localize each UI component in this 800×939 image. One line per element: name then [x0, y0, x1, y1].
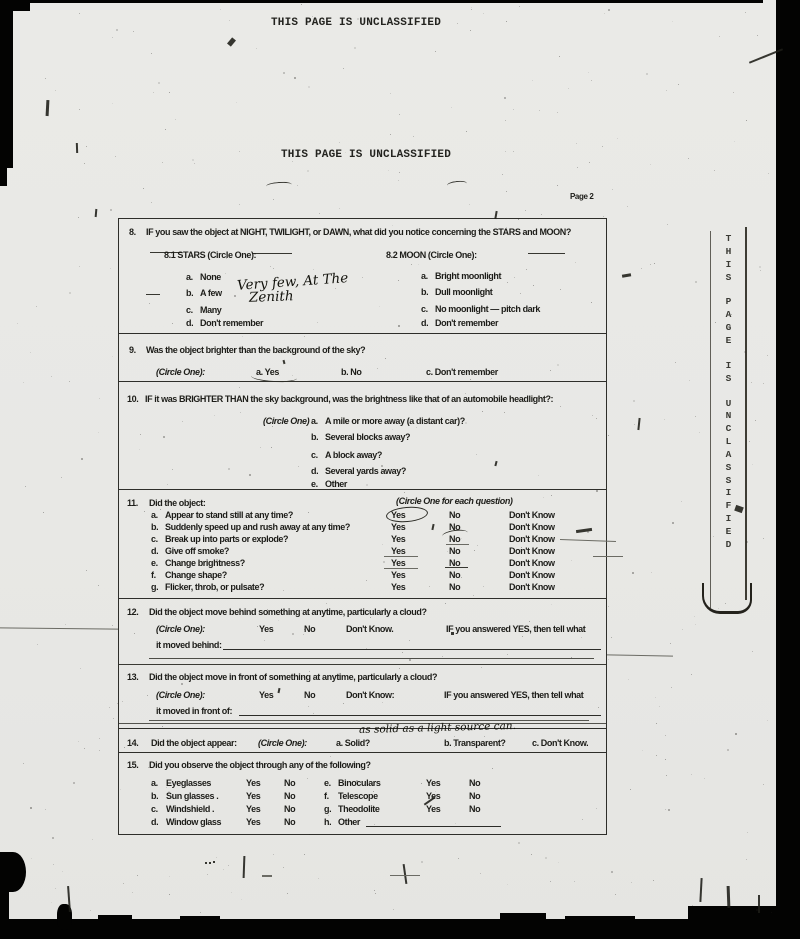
paper-speck: [398, 280, 399, 281]
paper-speck: [682, 629, 683, 630]
paper-speck: [388, 170, 389, 171]
paper-speck: [110, 209, 112, 211]
section-divider: [119, 489, 606, 490]
option-letter: e.: [311, 479, 318, 489]
paper-speck: [167, 484, 168, 485]
row-question-text: Change brightness?: [165, 558, 245, 568]
scan-artifact: [384, 568, 418, 569]
paper-speck: [470, 30, 471, 31]
paper-speck: [759, 266, 761, 268]
paper-speck: [611, 637, 612, 638]
scan-artifact: [758, 895, 760, 913]
question-number: 15.: [127, 760, 138, 770]
paper-speck: [228, 468, 230, 470]
paper-speck: [727, 749, 729, 751]
vertical-letter: L: [721, 436, 736, 447]
paper-speck: [695, 624, 696, 625]
paper-speck: [541, 214, 542, 215]
row-question-text: Appear to stand still at any time?: [165, 510, 293, 520]
paper-speck: [239, 204, 240, 205]
question-number: 13.: [127, 672, 138, 682]
row-question-text: Flicker, throb, or pulsate?: [165, 582, 264, 592]
paper-speck: [665, 759, 666, 760]
paper-speck: [116, 29, 118, 31]
paper-speck: [165, 129, 166, 130]
paper-speck: [151, 53, 152, 54]
paper-speck: [476, 454, 477, 455]
paper-speck: [409, 640, 410, 641]
paper-speck: [471, 7, 472, 8]
paper-speck: [746, 859, 747, 860]
paper-speck: [192, 159, 194, 161]
paper-speck: [751, 382, 752, 383]
scan-artifact: [0, 627, 118, 629]
paper-speck: [558, 862, 559, 863]
paper-speck: [168, 791, 170, 793]
question-number: 10.: [127, 394, 138, 404]
paper-speck: [713, 536, 714, 537]
row-letter: c.: [151, 804, 158, 814]
paper-speck: [339, 142, 340, 143]
section-divider: [119, 752, 606, 753]
scan-artifact: [146, 294, 160, 295]
paper-speck: [25, 486, 26, 487]
scan-artifact: [447, 180, 468, 189]
paper-speck: [592, 415, 593, 416]
paper-speck: [153, 92, 154, 93]
paper-speck: [731, 314, 732, 315]
paper-speck: [602, 146, 603, 147]
paper-speck: [531, 854, 532, 855]
paper-speck: [174, 500, 175, 501]
paper-speck: [113, 718, 114, 719]
paper-speck: [273, 854, 274, 855]
row-item-text: Sun glasses .: [166, 791, 218, 801]
row-letter: f.: [151, 570, 156, 580]
paper-speck: [239, 151, 240, 152]
option-text: Dull moonlight: [435, 287, 492, 297]
paper-speck: [642, 750, 643, 751]
other-blank-line: [366, 817, 501, 827]
row-letter: e.: [324, 778, 331, 788]
row-item-text: Other: [338, 817, 360, 827]
paper-speck: [390, 93, 391, 94]
paper-speck: [398, 325, 400, 327]
vertical-letter: H: [721, 246, 736, 257]
scan-edge-left2: [0, 160, 7, 186]
section-divider: [119, 598, 606, 599]
vertical-letter: N: [721, 410, 736, 421]
scan-artifact: [727, 886, 730, 908]
paper-speck: [307, 170, 309, 172]
paper-speck: [568, 88, 569, 89]
option-letter: b.: [421, 287, 428, 297]
answer-no: No: [284, 791, 295, 801]
vertical-letter: S: [721, 462, 736, 473]
option-dont-know: c. Don't Know.: [532, 738, 588, 748]
paper-speck: [513, 151, 514, 152]
option-dont-know: Don't Know:: [346, 690, 394, 700]
answer-line-label: it moved in front of:: [156, 706, 232, 716]
paper-speck: [78, 217, 79, 218]
paper-speck: [457, 23, 458, 24]
paper-speck: [110, 268, 111, 269]
paper-speck: [538, 475, 539, 476]
paper-speck: [715, 322, 716, 323]
paper-speck: [86, 146, 87, 147]
paper-speck: [502, 174, 503, 175]
question-number: 14.: [127, 738, 138, 748]
paper-speck: [651, 572, 652, 573]
option-text: Several blocks away?: [325, 432, 410, 442]
answer-dont-know: Don't Know: [509, 570, 555, 580]
paper-speck: [270, 266, 271, 267]
question-text: Was the object brighter than the backgro…: [146, 345, 365, 355]
classification-header-top: THIS PAGE IS UNCLASSIFIED: [271, 17, 441, 29]
paper-speck: [169, 894, 170, 895]
paper-speck: [287, 893, 288, 894]
paper-speck: [735, 733, 737, 735]
paper-speck: [231, 892, 232, 893]
scan-artifact: [593, 556, 623, 557]
option-text: A block away?: [325, 450, 382, 460]
paper-speck: [481, 667, 482, 668]
option-no: No: [304, 624, 315, 634]
paper-speck: [220, 9, 221, 10]
paper-speck: [200, 912, 201, 913]
paper-speck: [718, 608, 719, 609]
paper-speck: [313, 713, 314, 714]
paper-speck: [591, 80, 592, 81]
paper-speck: [681, 501, 682, 502]
paper-speck: [169, 876, 170, 877]
paper-speck: [666, 90, 667, 91]
paper-speck: [608, 435, 609, 436]
paper-speck: [158, 82, 160, 84]
question-text: Did the object move behind something at …: [149, 607, 427, 617]
paper-speck: [469, 204, 470, 205]
row-letter: b.: [151, 791, 158, 801]
option-text: A few: [200, 288, 222, 298]
option-letter: b.: [311, 432, 318, 442]
paper-speck: [112, 103, 113, 104]
answer-no: No: [469, 791, 480, 801]
option-yes: Yes: [259, 690, 273, 700]
scan-edge-bump: [500, 913, 546, 921]
vertical-letter: A: [721, 449, 736, 460]
answer-dont-know: Don't Know: [509, 582, 555, 592]
row-letter: e.: [151, 558, 158, 568]
paper-speck: [207, 874, 208, 875]
paper-speck: [695, 416, 696, 417]
scan-artifact: [243, 856, 245, 878]
paper-speck: [308, 86, 310, 88]
answer-dont-know: Don't Know: [509, 558, 555, 568]
question-number: 12.: [127, 607, 138, 617]
answer-blank-line: [239, 706, 601, 716]
paper-speck: [294, 77, 296, 79]
moon-label: 8.2 MOON (Circle One):: [386, 250, 477, 260]
answer-dont-know: Don't Know: [509, 546, 555, 556]
paper-speck: [458, 858, 459, 859]
paper-speck: [559, 56, 560, 57]
vertical-letter: I: [721, 259, 736, 270]
answer-yes: Yes: [391, 582, 405, 592]
paper-speck: [654, 263, 655, 264]
paper-speck: [283, 590, 284, 591]
paper-speck: [691, 674, 692, 675]
paper-speck: [413, 136, 414, 137]
scan-edge-left: [0, 0, 13, 168]
paper-speck: [399, 172, 400, 173]
paper-speck: [51, 376, 52, 377]
paper-speck: [236, 102, 237, 103]
option-text: Many: [200, 305, 221, 315]
paper-speck: [374, 824, 375, 825]
paper-speck: [319, 213, 320, 214]
scan-artifact: [607, 654, 673, 656]
paper-speck: [112, 356, 113, 357]
paper-speck: [655, 697, 656, 698]
vertical-letter: S: [721, 475, 736, 486]
scan-artifact: [390, 875, 420, 876]
paper-speck: [745, 12, 746, 13]
paper-speck: [604, 13, 605, 14]
row-letter: d.: [151, 817, 158, 827]
option-letter: d.: [186, 318, 193, 328]
paper-speck: [671, 687, 672, 688]
paper-speck: [137, 875, 138, 876]
paper-speck: [752, 464, 753, 465]
vertical-letter: P: [721, 296, 736, 307]
vertical-letter: I: [721, 360, 736, 371]
paper-speck: [175, 119, 176, 120]
paper-speck: [480, 873, 481, 874]
paper-speck: [505, 151, 506, 152]
paper-speck: [518, 842, 520, 844]
answer-yes: Yes: [246, 804, 260, 814]
scan-edge-bump: [98, 915, 132, 921]
question-text: Did the object move in front of somethin…: [149, 672, 437, 682]
paper-speck: [99, 398, 100, 399]
paper-speck: [284, 785, 285, 786]
option-letter: b.: [186, 288, 193, 298]
paper-speck: [81, 458, 83, 460]
question-text: Did you observe the object through any o…: [149, 760, 371, 770]
row-question-text: Suddenly speed up and rush away at any t…: [165, 522, 350, 532]
paper-speck: [664, 419, 665, 420]
paper-speck: [695, 281, 697, 283]
option-letter: d.: [421, 318, 428, 328]
paper-speck: [163, 436, 165, 438]
row-letter: a.: [151, 510, 158, 520]
paper-speck: [466, 131, 467, 132]
paper-speck: [634, 424, 635, 425]
paper-speck: [752, 651, 753, 652]
paper-speck: [689, 380, 690, 381]
paper-speck: [147, 695, 148, 696]
answer-no: No: [449, 510, 460, 520]
paper-speck: [169, 502, 170, 503]
paper-speck: [455, 823, 456, 824]
answer-blank-line: [149, 720, 589, 721]
scan-artifact: [266, 181, 292, 190]
paper-speck: [99, 738, 100, 739]
paper-speck: [691, 774, 692, 775]
paper-speck: [404, 492, 405, 493]
paper-speck: [633, 400, 635, 402]
paper-speck: [525, 210, 526, 211]
paper-speck: [699, 432, 700, 433]
paper-speck: [169, 92, 170, 93]
paper-speck: [303, 634, 304, 635]
answer-dont-know: Don't Know: [509, 510, 555, 520]
paper-speck: [506, 21, 507, 22]
section-divider: [119, 664, 606, 665]
paper-speck: [84, 748, 85, 749]
paper-speck: [757, 35, 758, 36]
paper-speck: [79, 109, 80, 110]
paper-speck: [532, 80, 533, 81]
paper-speck: [109, 707, 110, 708]
paper-speck: [539, 110, 540, 111]
paper-speck: [746, 541, 748, 543]
scan-artifact: [403, 864, 408, 884]
paper-speck: [241, 899, 242, 900]
vertical-letter: I: [721, 487, 736, 498]
paper-speck: [767, 355, 768, 356]
option-letter: a.: [311, 416, 318, 426]
answer-yes: Yes: [391, 534, 405, 544]
paper-speck: [383, 561, 385, 563]
paper-speck: [30, 807, 32, 809]
scan-artifact: [95, 209, 98, 217]
paper-speck: [507, 884, 508, 885]
paper-speck: [608, 606, 609, 607]
vertical-letter: U: [721, 398, 736, 409]
answer-blank-line: [223, 640, 601, 650]
paper-speck: [283, 72, 285, 74]
scan-artifact: [445, 567, 468, 568]
option-letter: c.: [186, 305, 193, 315]
paper-speck: [665, 735, 666, 736]
if-yes-instruction: IF you answered YES, then tell what: [446, 624, 585, 634]
paper-speck: [398, 180, 399, 181]
paper-speck: [670, 643, 671, 644]
option-dont-know: Don't Know.: [346, 624, 393, 634]
paper-speck: [304, 854, 305, 855]
paper-speck: [574, 881, 575, 882]
paper-speck: [166, 787, 167, 788]
answer-no: No: [284, 804, 295, 814]
paper-speck: [589, 162, 590, 163]
paper-speck: [177, 781, 178, 782]
vertical-letter: G: [721, 322, 736, 333]
vertical-letter: C: [721, 423, 736, 434]
paper-speck: [151, 202, 152, 203]
paper-speck: [99, 750, 100, 751]
scan-artifact: [384, 556, 418, 557]
paper-speck: [51, 902, 52, 903]
paper-speck: [69, 381, 70, 382]
question-text: IF it was BRIGHTER THAN the sky backgrou…: [145, 394, 553, 404]
paper-speck: [656, 755, 657, 756]
scan-artifact: [76, 143, 78, 153]
paper-speck: [714, 170, 715, 171]
paper-speck: [115, 156, 116, 157]
paper-speck: [55, 90, 56, 91]
paper-speck: [557, 364, 559, 366]
question-number: 9.: [129, 345, 136, 355]
paper-speck: [23, 763, 24, 764]
answer-no: No: [449, 582, 460, 592]
scan-edge-right: [776, 0, 800, 939]
circle-one-label: (Circle One):: [258, 738, 307, 748]
paper-speck: [734, 141, 735, 142]
scan-artifact: [622, 273, 631, 277]
option-text: Several yards away?: [325, 466, 406, 476]
paper-speck: [69, 292, 71, 294]
paper-speck: [672, 21, 673, 22]
margin-line-outer: [745, 227, 747, 600]
answer-no: No: [284, 817, 295, 827]
paper-speck: [43, 512, 44, 513]
paper-speck: [283, 867, 284, 868]
option-no: b. No: [341, 367, 362, 377]
paper-speck: [665, 809, 666, 810]
paper-speck: [719, 36, 720, 37]
paper-speck: [45, 78, 46, 79]
paper-speck: [533, 285, 534, 286]
answer-blank-line: [149, 658, 594, 659]
paper-speck: [550, 881, 551, 882]
scan-artifact: [46, 100, 49, 116]
row-item-text: Window glass: [166, 817, 221, 827]
scan-edge-top: [0, 0, 763, 3]
paper-speck: [514, 277, 515, 278]
vertical-letter: E: [721, 335, 736, 346]
option-letter: a.: [186, 272, 193, 282]
paper-speck: [688, 158, 689, 159]
option-yes: Yes: [259, 624, 273, 634]
paper-speck: [134, 633, 135, 634]
paper-speck: [598, 707, 599, 708]
answer-yes: Yes: [426, 778, 440, 788]
paper-speck: [123, 883, 124, 884]
paper-speck: [175, 616, 176, 617]
question-text: IF you saw the object at NIGHT, TWILIGHT…: [146, 227, 571, 237]
paper-speck: [611, 871, 613, 873]
row-question-text: Change shape?: [165, 570, 227, 580]
vertical-letter: D: [721, 539, 736, 550]
paper-speck: [704, 778, 705, 779]
paper-speck: [343, 68, 344, 69]
paper-speck: [615, 894, 616, 895]
paper-speck: [763, 383, 764, 384]
row-letter: d.: [151, 546, 158, 556]
circle-one-label: (Circle One):: [156, 690, 205, 700]
scan-edge-bump: [180, 916, 220, 921]
paper-speck: [292, 161, 293, 162]
paper-speck: [366, 484, 368, 486]
paper-speck: [435, 51, 436, 52]
paper-speck: [318, 878, 319, 879]
paper-speck: [678, 84, 679, 85]
paper-speck: [668, 809, 670, 811]
paper-speck: [78, 741, 79, 742]
paper-speck: [675, 362, 676, 363]
paper-speck: [768, 173, 769, 174]
